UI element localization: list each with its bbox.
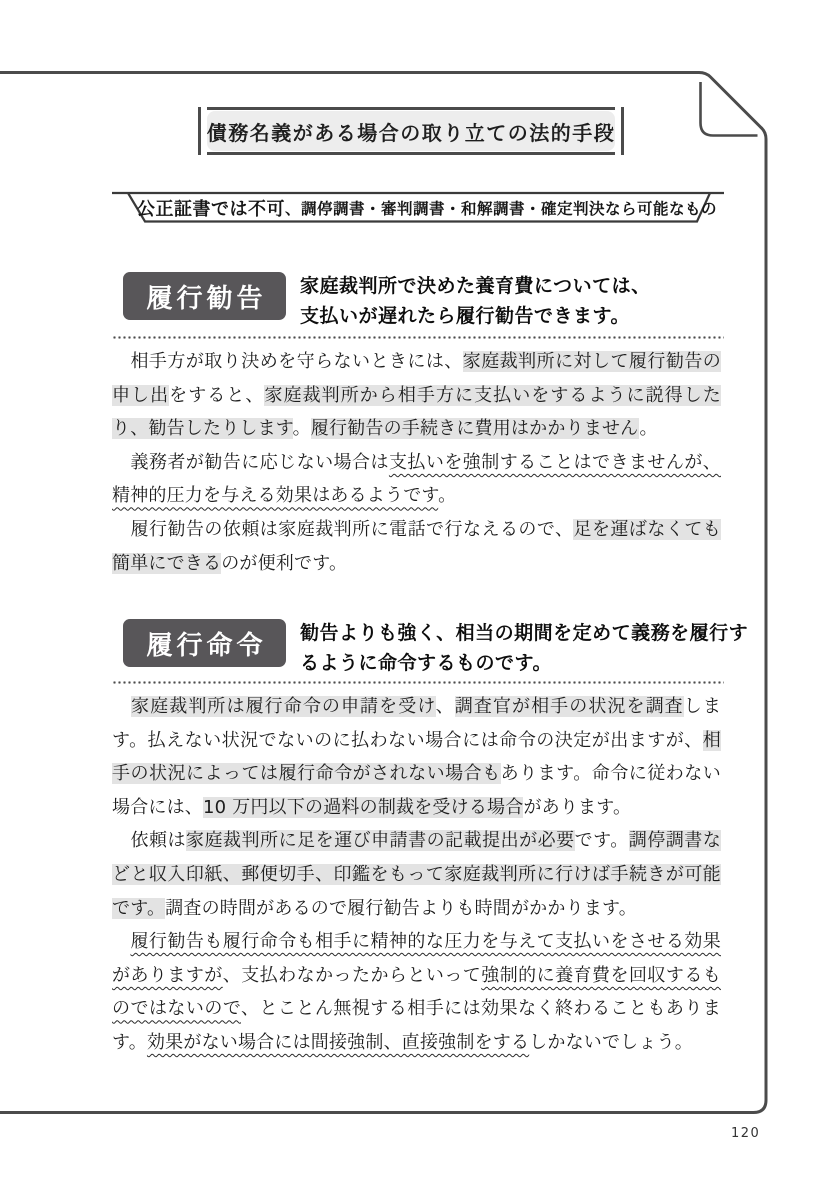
text-segment-hl: 10 万円以下の過料の制裁を受ける場合: [203, 797, 523, 818]
text-segment-normal: 、支払わなかったからといって: [223, 965, 481, 986]
heading-line: 勧告よりも強く、相当の期間を定めて義務を履行す: [300, 618, 760, 648]
section-label-rikou-meirei: 履行命令: [123, 619, 286, 667]
subtitle-banner: 公正証書では不可、調停調書・審判調書・和解調書・確定判決なら可能なもの: [112, 188, 724, 228]
text-segment-hl: 履行勧告の手続きに費用はかかりません: [311, 418, 640, 439]
body-paragraph: 相手方が取り決めを守らないときには、家庭裁判所に対して履行勧告の申し出をすると、…: [112, 345, 721, 446]
text-segment-normal: 。: [639, 418, 657, 439]
text-segment-normal: しかないでしょう。: [529, 1032, 693, 1053]
text-segment-normal: があります。: [523, 797, 631, 818]
heading-line: 支払いが遅れたら履行勧告できます。: [300, 301, 760, 331]
text-segment-hl: 家庭裁判所に足を運び申請書の記載提出が必要: [186, 830, 575, 851]
dog-ear-fold-icon: [701, 82, 758, 136]
text-segment-normal: 調査の時間があるので履行勧告よりも時間がかかります。: [165, 898, 637, 919]
text-segment-normal: です。: [575, 830, 629, 851]
heading-line: るように命令するものです。: [300, 648, 760, 678]
body-paragraph: 履行勧告の依頼は家庭裁判所に電話で行なえるので、足を運ばなくても簡単にできるのが…: [112, 513, 721, 580]
page-number: 120: [731, 1126, 760, 1141]
page-title-block: 債務名義がある場合の取り立ての法的手段: [198, 107, 624, 155]
body-paragraph: 履行勧告も履行命令も相手に精神的な圧力を与えて支払いをさせる効果がありますが、支…: [112, 925, 721, 1059]
body-paragraph: 義務者が勧告に応じない場合は支払いを強制することはできませんが、精神的圧力を与え…: [112, 446, 721, 513]
text-segment-normal: のが便利です。: [221, 553, 347, 574]
text-segment-normal: 。: [293, 418, 311, 439]
heading-line: 家庭裁判所で決めた養育費については、: [300, 271, 760, 301]
text-segment-hl: 調査官が相手の状況を調査: [455, 696, 684, 717]
subtitle-text: 公正証書では不可、調停調書・審判調書・和解調書・確定判決なら可能なもの: [148, 194, 706, 222]
text-segment-normal: 履行勧告の依頼は家庭裁判所に電話で行なえるので、: [112, 519, 573, 540]
section-body-rikou-meirei: 家庭裁判所は履行命令の申請を受け、調査官が相手の状況を調査します。払えない状況で…: [112, 690, 721, 1060]
page-title: 債務名義がある場合の取り立ての法的手段: [207, 117, 616, 146]
text-segment-normal: をすると、: [169, 385, 264, 406]
title-top-rule: [207, 107, 616, 110]
text-segment-normal: 、: [436, 696, 455, 717]
title-bottom-rule: [207, 152, 616, 155]
section-heading-rikou-kankoku: 家庭裁判所で決めた養育費については、 支払いが遅れたら履行勧告できます。: [300, 271, 760, 331]
text-segment-wavy: 効果がない場合には間接強制、直接強制をする: [147, 1032, 529, 1053]
title-box: 債務名義がある場合の取り立ての法的手段: [207, 111, 616, 151]
title-right-bar: [621, 107, 624, 155]
dotted-divider: [112, 336, 724, 339]
section-body-rikou-kankoku: 相手方が取り決めを守らないときには、家庭裁判所に対して履行勧告の申し出をすると、…: [112, 345, 721, 580]
text-segment-normal: [112, 696, 131, 717]
dotted-divider: [112, 681, 724, 684]
text-segment-normal: 依頼は: [112, 830, 186, 851]
text-segment-normal: 。: [438, 485, 456, 506]
text-segment-normal: 相手方が取り決めを守らないときには、: [112, 351, 463, 372]
section-label-text: 履行命令: [142, 625, 266, 662]
book-page: { "colors": { "frame": "#4b4b4b", "label…: [0, 0, 839, 1200]
section-label-rikou-kankoku: 履行勧告: [123, 272, 286, 320]
text-segment-normal: [112, 931, 130, 952]
text-segment-normal: 義務者が勧告に応じない場合は: [112, 452, 389, 473]
section-label-text: 履行勧告: [142, 278, 266, 315]
section-heading-rikou-meirei: 勧告よりも強く、相当の期間を定めて義務を履行す るように命令するものです。: [300, 618, 760, 678]
text-segment-hl: 家庭裁判所は履行命令の申請を受け: [131, 696, 436, 717]
subtitle-bold: 公正証書では不可: [137, 195, 285, 221]
body-paragraph: 家庭裁判所は履行命令の申請を受け、調査官が相手の状況を調査します。払えない状況で…: [112, 690, 721, 824]
body-paragraph: 依頼は家庭裁判所に足を運び申請書の記載提出が必要です。調停調書などと収入印紙、郵…: [112, 824, 721, 925]
title-middle: 債務名義がある場合の取り立ての法的手段: [207, 107, 616, 155]
title-left-bar: [198, 107, 201, 155]
subtitle-rest: 、調停調書・審判調書・和解調書・確定判決なら可能なもの: [285, 197, 717, 219]
